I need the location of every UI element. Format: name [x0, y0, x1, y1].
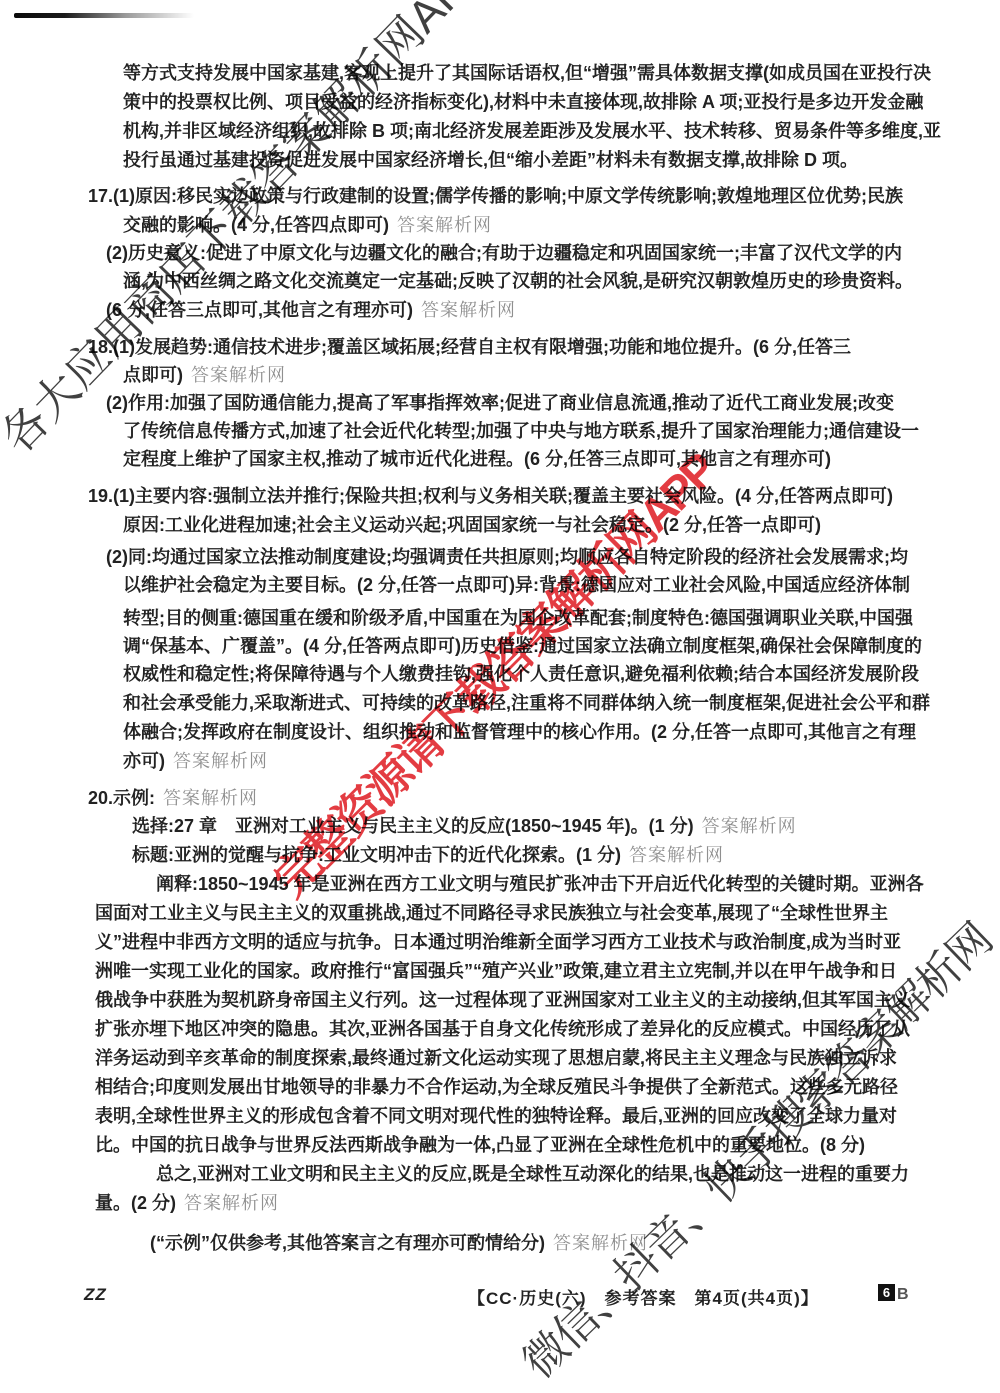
answer-text-line: 权威性和稳定性;将保障待遇与个人缴费挂钩,强化个人责任意识,避免福利依赖;结合本… [123, 662, 919, 686]
answer-text-line: 体融合;发挥政府在制度设计、组织推动和监督管理中的核心作用。(2 分,任答一点即… [123, 720, 916, 744]
answer-text-segment: (2)同:均通过国家立法推动制度建设;均强调责任共担原则;均顺应各自特定阶段的经… [106, 547, 908, 567]
answer-text-line: 涵,为中西丝绸之路文化交流奠定一定基础;反映了汉朝的社会风貌,是研究汉朝敦煌历史… [123, 269, 913, 293]
answer-text-segment: (2)作用:加强了国防通信能力,提高了军事指挥效率;促进了商业信息流通,推动了近… [106, 393, 894, 413]
answer-text-line: 义”进程中非西方文明的适应与抗争。日本通过明治维新全面学习西方工业技术与政治制度… [95, 930, 901, 954]
answer-text-segment: 转型;目的侧重:德国重在缓和阶级矛盾,中国重在为国企改革配套;制度特色:德国强调… [123, 608, 913, 628]
answer-text-segment: 表明,全球性世界主义的形成包含着不同文明对现代性的独特诠释。最后,亚洲的回应改变… [95, 1106, 897, 1126]
answer-text-line: 国面对工业主义与民主主义的双重挑战,通过不同路径寻求民族独立与社会变革,展现了“… [95, 901, 888, 925]
answer-text-line: 交融的影响。(4 分,任答四点即可)答案解析网 [123, 213, 492, 237]
answer-text-segment: 定程度上维护了国家主权,推动了城市近代化进程。(6 分,任答三点即可,其他言之有… [123, 449, 831, 469]
footer-booklet-letter: B [897, 1286, 909, 1303]
inline-site-watermark: 答案解析网 [421, 300, 516, 320]
answer-text-line: (2)历史意义:促进了中原文化与边疆文化的融合;有助于边疆稳定和巩固国家统一;丰… [106, 241, 902, 265]
inline-site-watermark: 答案解析网 [702, 816, 797, 836]
answer-text-line: 策中的投票权比例、项目受益的经济指标变化),材料中未直接体现,故排除 A 项;亚… [123, 90, 923, 114]
answer-text-line: 标题:亚洲的觉醒与抗争:工业文明冲击下的近代化探索。(1 分)答案解析网 [132, 843, 724, 867]
answer-text-line: 阐释:1850~1945 年是亚洲在西方工业文明与殖民扩张冲击下开启近代化转型的… [156, 872, 924, 896]
answer-text-line: 投行虽通过基建投资促进发展中国家经济增长,但“缩小差距”材料未有数据支撑,故排除… [123, 148, 858, 172]
inline-site-watermark: 答案解析网 [191, 365, 286, 385]
answer-text-line: 量。(2 分)答案解析网 [95, 1191, 279, 1215]
answer-text-segment: 总之,亚洲对工业文明和民主主义的反应,既是全球性互动深化的结果,也是推动这一进程… [156, 1164, 909, 1184]
answer-text-line: 了传统信息传播方式,加速了社会近代化转型;加强了中央与地方联系,提升了国家治理能… [123, 419, 919, 443]
answer-text-segment: 义”进程中非西方文明的适应与抗争。日本通过明治维新全面学习西方工业技术与政治制度… [95, 932, 901, 952]
answer-text-line: (2)作用:加强了国防通信能力,提高了军事指挥效率;促进了商业信息流通,推动了近… [106, 391, 894, 415]
answer-text-segment: 洋务运动到辛亥革命的制度探索,最终通过新文化运动实现了思想启蒙,将民主主义理念与… [95, 1048, 897, 1068]
answer-text-line: 总之,亚洲对工业文明和民主主义的反应,既是全球性互动深化的结果,也是推动这一进程… [156, 1162, 909, 1186]
answer-text-segment: (6 分,任答三点即可,其他言之有理亦可) [106, 300, 413, 320]
answer-text-segment: 比。中国的抗日战争与世界反法西斯战争融为一体,凸显了亚洲在全球性危机中的重要地位… [95, 1135, 865, 1155]
answer-text-segment: 原因:工业化进程加速;社会主义运动兴起;巩固国家统一与社会稳定。(2 分,任答一… [123, 515, 821, 535]
answer-text-line: 洲唯一实现工业化的国家。政府推行“富国强兵”“殖产兴业”政策,建立君主立宪制,并… [95, 959, 897, 983]
answer-text-line: (6 分,任答三点即可,其他言之有理亦可)答案解析网 [106, 298, 516, 322]
inline-site-watermark: 答案解析网 [553, 1233, 648, 1253]
answer-text-segment: 了传统信息传播方式,加速了社会近代化转型;加强了中央与地方联系,提升了国家治理能… [123, 421, 919, 441]
answer-text-segment: (2)历史意义:促进了中原文化与边疆文化的融合;有助于边疆稳定和巩固国家统一;丰… [106, 243, 902, 263]
answer-text-line: (“示例”仅供参考,其他答案言之有理亦可酌情给分)答案解析网 [150, 1231, 648, 1255]
answer-text-line: 洋务运动到辛亥革命的制度探索,最终通过新文化运动实现了思想启蒙,将民主主义理念与… [95, 1046, 897, 1070]
answer-text-segment: 涵,为中西丝绸之路文化交流奠定一定基础;反映了汉朝的社会风貌,是研究汉朝敦煌历史… [123, 271, 913, 291]
answer-text-line: 相结合;印度则发展出甘地领导的非暴力不合作运动,为全球反殖民斗争提供了全新范式。… [95, 1075, 898, 1099]
answer-text-segment: 点即可) [123, 365, 183, 385]
answer-text-segment: 亦可) [123, 751, 165, 771]
answer-text-line: 19.(1)主要内容:强制立法并推行;保险共担;权利与义务相关联;覆盖主要社会风… [88, 484, 893, 508]
answer-text-segment: 俄战争中获胜为契机跻身帝国主义行列。这一过程体现了亚洲国家对工业主义的主动接纳,… [95, 990, 910, 1010]
answer-text-line: 转型;目的侧重:德国重在缓和阶级矛盾,中国重在为国企改革配套;制度特色:德国强调… [123, 606, 913, 630]
answer-text-segment: 等方式支持发展中国家基建,客观上提升了其国际话语权,但“增强”需具体数据支撑(如… [123, 63, 931, 83]
answer-text-line: 亦可)答案解析网 [123, 749, 268, 773]
answer-text-line: 以维护社会稳定为主要目标。(2 分,任答一点即可)异:背景:德国应对工业社会风险… [123, 573, 910, 597]
answer-text-line: 定程度上维护了国家主权,推动了城市近代化进程。(6 分,任答三点即可,其他言之有… [123, 447, 831, 471]
footer-page-caption: 【CC·历史(六) 参考答案 第4页(共4页)】 [468, 1284, 819, 1309]
scanned-answer-page: 等方式支持发展中国家基建,客观上提升了其国际话语权,但“增强”需具体数据支撑(如… [0, 0, 1000, 1393]
answer-text-segment: 国面对工业主义与民主主义的双重挑战,通过不同路径寻求民族独立与社会变革,展现了“… [95, 903, 888, 923]
answer-text-segment: 投行虽通过基建投资促进发展中国家经济增长,但“缩小差距”材料未有数据支撑,故排除… [123, 150, 858, 170]
answer-text-segment: 洲唯一实现工业化的国家。政府推行“富国强兵”“殖产兴业”政策,建立君主立宪制,并… [95, 961, 897, 981]
answer-text-line: 17.(1)原因:移民实边政策与行政建制的设置;儒学传播的影响;中原文学传统影响… [88, 184, 903, 208]
answer-text-segment: 机构,并非区域经济组织,故排除 B 项;南北经济发展差距涉及发展水平、技术转移、… [123, 121, 941, 141]
answer-text-line: 20.示例:答案解析网 [88, 786, 258, 810]
answer-text-line: (2)同:均通过国家立法推动制度建设;均强调责任共担原则;均顺应各自特定阶段的经… [106, 545, 908, 569]
answer-text-segment: 20.示例: [88, 788, 155, 808]
answer-text-line: 选择:27 章 亚洲对工业主义与民主主义的反应(1850~1945 年)。(1 … [132, 814, 797, 838]
answer-text-line: 表明,全球性世界主义的形成包含着不同文明对现代性的独特诠释。最后,亚洲的回应改变… [95, 1104, 897, 1128]
answer-text-line: 和社会承受能力,采取渐进式、可持续的改革路径,注重将不同群体纳入统一制度框架,促… [123, 691, 930, 715]
inline-site-watermark: 答案解析网 [163, 788, 258, 808]
footer-booklet-number-box: 6 [878, 1284, 895, 1301]
answer-text-line: 机构,并非区域经济组织,故排除 B 项;南北经济发展差距涉及发展水平、技术转移、… [123, 119, 941, 143]
inline-site-watermark: 答案解析网 [173, 751, 268, 771]
answer-text-segment: 调“保基本、广覆盖”。(4 分,任答两点即可)历史借鉴:通过国家立法确立制度框架… [123, 636, 922, 656]
inline-site-watermark: 答案解析网 [184, 1193, 279, 1213]
answer-text-line: 俄战争中获胜为契机跻身帝国主义行列。这一过程体现了亚洲国家对工业主义的主动接纳,… [95, 988, 910, 1012]
answer-text-line: 原因:工业化进程加速;社会主义运动兴起;巩固国家统一与社会稳定。(2 分,任答一… [123, 513, 821, 537]
answer-text-segment: 19.(1)主要内容:强制立法并推行;保险共担;权利与义务相关联;覆盖主要社会风… [88, 486, 893, 506]
answer-text-segment: 和社会承受能力,采取渐进式、可持续的改革路径,注重将不同群体纳入统一制度框架,促… [123, 693, 930, 713]
answer-text-line: 点即可)答案解析网 [123, 363, 286, 387]
answer-text-line: 等方式支持发展中国家基建,客观上提升了其国际话语权,但“增强”需具体数据支撑(如… [123, 61, 931, 85]
answer-text-segment: 标题:亚洲的觉醒与抗争:工业文明冲击下的近代化探索。(1 分) [132, 845, 621, 865]
footer-booklet-code: 6B [878, 1284, 909, 1304]
answer-text-segment: 阐释:1850~1945 年是亚洲在西方工业文明与殖民扩张冲击下开启近代化转型的… [156, 874, 924, 894]
answer-text-line: 18.(1)发展趋势:通信技术进步;覆盖区域拓展;经营自主权有限增强;功能和地位… [88, 335, 851, 359]
answer-text-segment: 策中的投票权比例、项目受益的经济指标变化),材料中未直接体现,故排除 A 项;亚… [123, 92, 923, 112]
answer-text-segment: 交融的影响。(4 分,任答四点即可) [123, 215, 389, 235]
answer-text-segment: 权威性和稳定性;将保障待遇与个人缴费挂钩,强化个人责任意识,避免福利依赖;结合本… [123, 664, 919, 684]
footer-paper-code: ZZ [84, 1285, 107, 1305]
answer-text-segment: 18.(1)发展趋势:通信技术进步;覆盖区域拓展;经营自主权有限增强;功能和地位… [88, 337, 851, 357]
answer-text-segment: 相结合;印度则发展出甘地领导的非暴力不合作运动,为全球反殖民斗争提供了全新范式。… [95, 1077, 898, 1097]
inline-site-watermark: 答案解析网 [629, 845, 724, 865]
answer-text-line: 扩张亦埋下地区冲突的隐患。其次,亚洲各国基于自身文化传统形成了差异化的反应模式。… [95, 1017, 910, 1041]
answer-text-segment: 量。(2 分) [95, 1193, 176, 1213]
answer-text-segment: 以维护社会稳定为主要目标。(2 分,任答一点即可)异:背景:德国应对工业社会风险… [123, 575, 910, 595]
answer-text-segment: 扩张亦埋下地区冲突的隐患。其次,亚洲各国基于自身文化传统形成了差异化的反应模式。… [95, 1019, 910, 1039]
answer-text-segment: (“示例”仅供参考,其他答案言之有理亦可酌情给分) [150, 1233, 545, 1253]
answer-text-segment: 体融合;发挥政府在制度设计、组织推动和监督管理中的核心作用。(2 分,任答一点即… [123, 722, 916, 742]
scan-artifact-line [14, 13, 194, 18]
answer-text-segment: 选择:27 章 亚洲对工业主义与民主主义的反应(1850~1945 年)。(1 … [132, 816, 694, 836]
inline-site-watermark: 答案解析网 [397, 215, 492, 235]
answer-text-line: 调“保基本、广覆盖”。(4 分,任答两点即可)历史借鉴:通过国家立法确立制度框架… [123, 634, 922, 658]
answer-text-line: 比。中国的抗日战争与世界反法西斯战争融为一体,凸显了亚洲在全球性危机中的重要地位… [95, 1133, 865, 1157]
answer-text-segment: 17.(1)原因:移民实边政策与行政建制的设置;儒学传播的影响;中原文学传统影响… [88, 186, 903, 206]
